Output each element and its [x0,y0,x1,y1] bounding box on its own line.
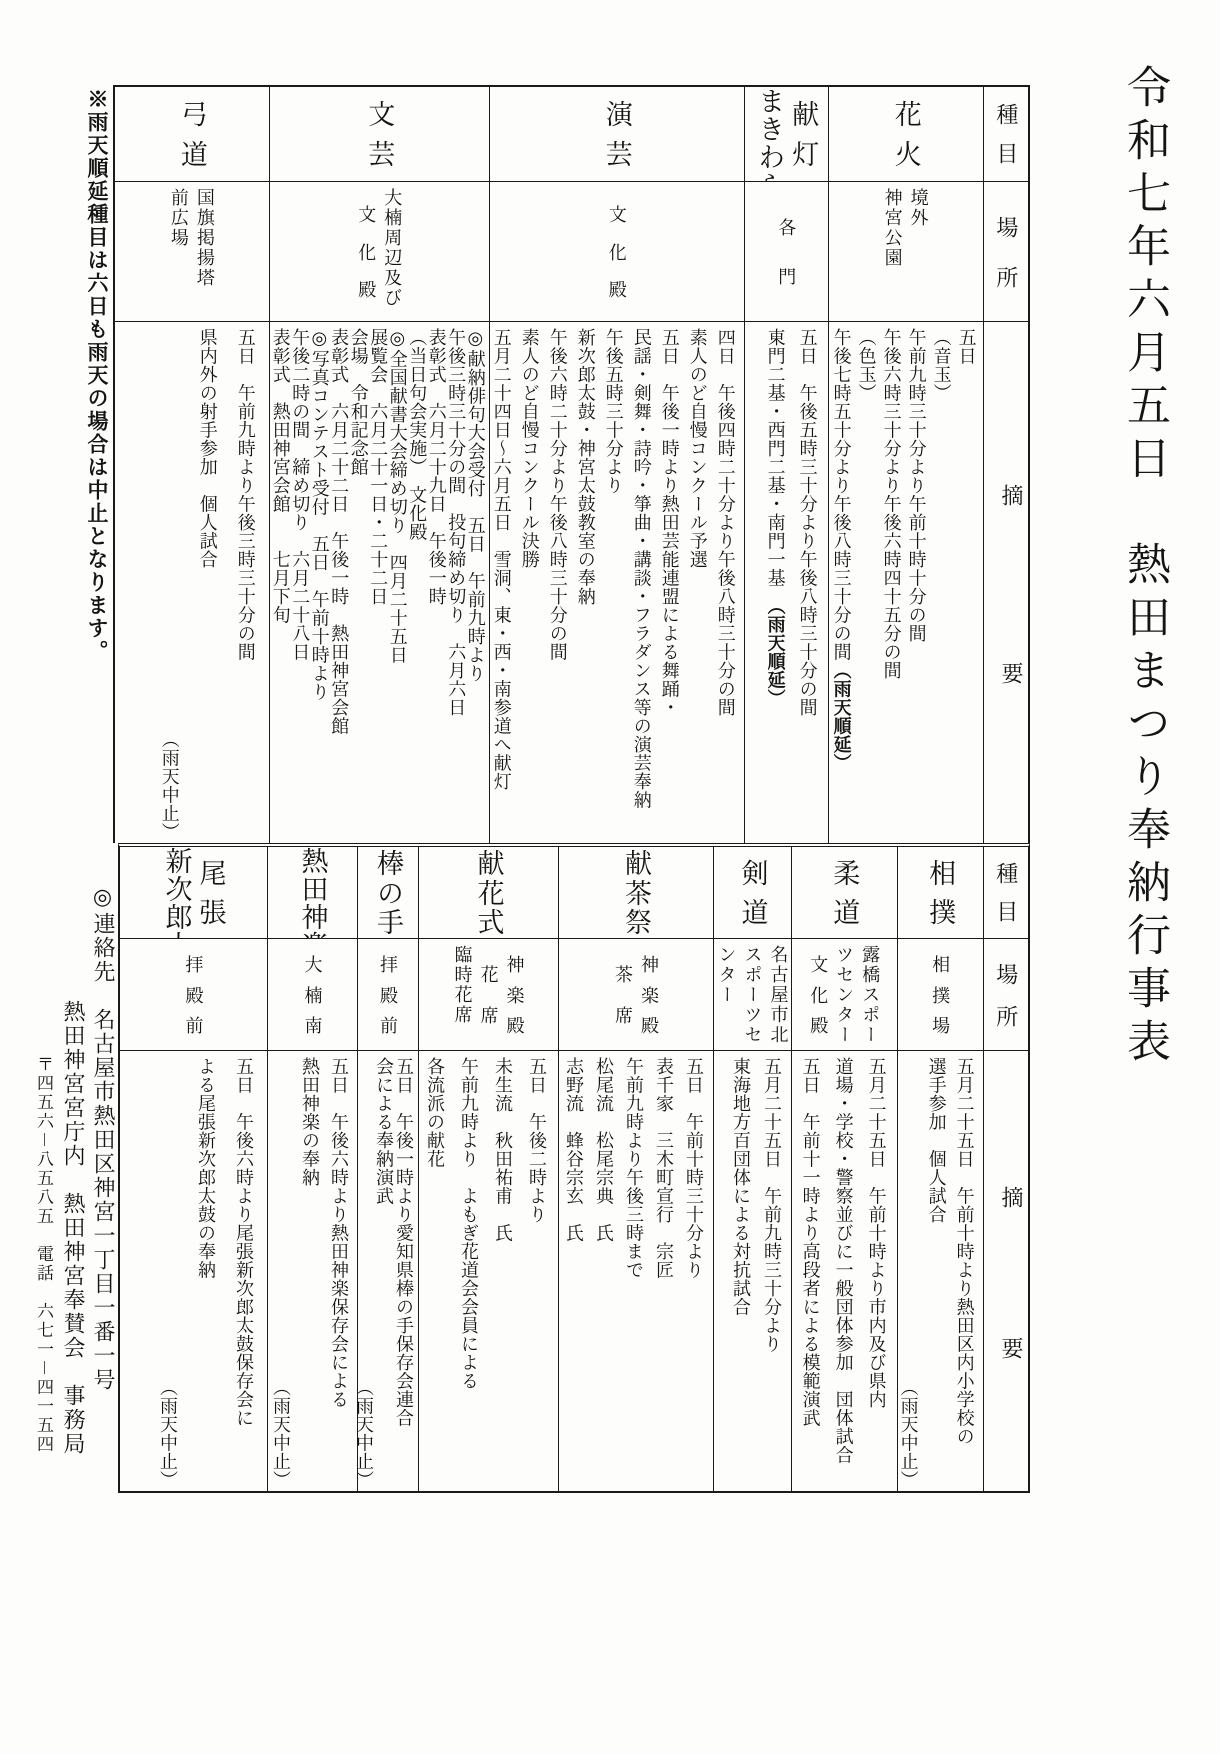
vertical-text: 相撲場 [927,945,953,1046]
text-line: 午後六時三十分より午後六時四十五分の間 [879,328,904,841]
event-column-bungei: 文芸大楠周辺及び文化殿◎献納俳句大会受付 五日 午前九時より午後三時三十分の間 … [269,87,489,843]
text-line: 午後五時三十分より [600,328,628,841]
text-line: ◎献納俳句大会受付 五日 午前九時より [465,328,485,841]
event-place-cell: 文化殿 [490,182,744,322]
text-line: 午前九時より午後三時まで [619,1057,649,1489]
event-title-cell: 柔道 [792,847,897,939]
vertical-text: 五日（音玉）午前九時三十分より午前十時十分の間午後六時三十分より午後六時四十五分… [829,328,979,841]
text-line: 文化殿 [805,945,831,1046]
text-line: 花火 [889,87,923,181]
text-line: 場所 [993,188,1019,317]
text-line: 国旗掲揚塔 [192,188,218,317]
text-line: 未生流 秋田祐甫 氏 [486,1057,520,1489]
text-line: 熱田神楽の奉納 [295,1057,324,1489]
header-column: 種目場所摘要 [983,847,1028,1491]
event-place-cell: 拝殿前 [358,939,418,1051]
text-line: 相撲場 [927,945,953,1046]
vertical-text: 尾張新次郎太鼓 [159,847,227,938]
text-line: （雨天中止） [268,1057,295,1489]
text-line: 拝殿前 [180,945,206,1046]
text-line: 茶席 [610,945,636,1046]
text-line: 文化殿 [353,188,379,317]
text-line: 五日 午後一時より熱田芸能連盟による舞踊・ [656,328,684,841]
text-line: 五日 午後二時より [520,1057,554,1489]
text-line: 文化殿 [604,188,630,317]
text-line: ◎写真コンテスト受付 五日 午前十時より [309,328,329,841]
vertical-text: 熱田神楽 [296,847,330,938]
event-place-cell: 神楽殿花席臨時花席 [419,939,558,1051]
text-line: 神宮公園 [880,188,906,317]
event-body-cell: 五月二十五日 午前九時三十分より東海地方百団体による対抗試合 [714,1051,791,1491]
event-body-cell: ◎献納俳句大会受付 五日 午前九時より午後三時三十分の間 投句締め切り 六月六日… [270,322,489,843]
text-line: 新次郎太鼓・神宮太鼓教室の奉納 [572,328,600,841]
event-column-bonote: 棒の手拝殿前五日 午後一時より愛知県棒の手保存会連合会による奉納演武（雨天中止） [357,847,418,1491]
event-title-cell: 献花式 [419,847,558,939]
text-line: 摘要 [998,328,1024,841]
text-line: 新次郎太鼓 [159,847,193,938]
event-column-atsuta-kagura: 熱田神楽大楠南五日 午後六時より熱田神楽保存会による熱田神楽の奉納（雨天中止） [267,847,357,1491]
vertical-text: 五日 午後五時三十分より午後八時三十分の間東門二基・西門二基・南門一基 （雨天順… [760,328,824,841]
event-title-cell: 剣道 [714,847,791,939]
text-line: ◎全国献書大会締め切り 四月二十五日 [387,328,407,841]
text-line: 四日 午後四時二十分より午後八時三十分の間 [712,328,740,841]
event-body-cell: 摘要 [984,322,1028,843]
event-body-cell: 五日 午前九時より午後三時三十分の間県内外の射手参加 個人試合（雨天中止） [115,322,269,843]
event-column-sumo: 相撲相撲場五月二十五日 午前十時より熱田区内小学校の選手参加 個人試合（雨天中止… [897,847,983,1491]
event-place-cell: 場所 [984,182,1028,322]
event-body-cell: 五月二十五日 午前十時より熱田区内小学校の選手参加 個人試合（雨天中止） [898,1051,983,1491]
text-line: 五月二十五日 午前十時より熱田区内小学校の [951,1057,979,1489]
text-line: 神楽殿 [636,945,662,1046]
text-line: （雨天中止） [898,1057,923,1489]
event-title-cell: 種目 [984,87,1028,182]
text-line: （音玉） [929,328,954,841]
text-line: 五月二十五日 午前十時より市内及び県内 [860,1057,893,1489]
text-line: 五日 午後一時より愛知県棒の手保存会連合 [394,1057,414,1489]
text-line: 選手参加 個人試合 [923,1057,951,1489]
vertical-text: 五日 午後一時より愛知県棒の手保存会連合会による奉納演武（雨天中止） [358,1057,414,1489]
event-body-cell: 五日 午後六時より尾張新次郎太鼓保存会による尾張新次郎太鼓の奉納（雨天中止） [120,1051,267,1491]
text-line: 剣道 [736,847,770,938]
event-title-cell: 弓道 [115,87,269,182]
vertical-text: 大楠南 [300,945,326,1046]
vertical-text: 四日 午後四時二十分より午後八時三十分の間素人のど自慢コンクール予選五日 午後一… [490,328,740,841]
text-line: （当日句会実施） 文化殿 [407,328,427,841]
text-line: 弓道 [175,87,209,181]
event-place-cell: 境外神宮公園 [829,182,983,322]
event-column-hanabi: 花火境外神宮公園五日（音玉）午前九時三十分より午前十時十分の間午後六時三十分より… [828,87,983,843]
vertical-text: 露橋スポーツセンター文化殿 [805,945,883,1046]
text-line: 表彰式 熱田神宮会館 七月下旬 [270,328,290,841]
event-column-kenkashiki: 献花式神楽殿花席臨時花席五日 午後二時より未生流 秋田祐甫 氏午前九時より よも… [418,847,558,1491]
document-page: 令和七年六月五日 熱田まつり奉納行事表 ※雨天順延種目は六日も雨天の場合は中止と… [0,0,1220,1754]
text-line: 摘要 [998,1057,1024,1489]
vertical-text: 拝殿前 [180,945,206,1046]
event-body-cell: 五日 午後二時より未生流 秋田祐甫 氏午前九時より よもぎ花道会会員による各流派… [419,1051,558,1491]
vertical-text: 名古屋市北スポーツセンター [714,945,791,1046]
vertical-text: 文芸 [362,87,396,181]
vertical-text: 献灯まきわら [752,87,820,181]
event-place-cell: 大楠周辺及び文化殿 [270,182,489,322]
vertical-text: 大楠周辺及び文化殿 [353,188,405,317]
text-line: 献花式 [472,847,506,938]
event-body-cell: 五日 午後六時より熱田神楽保存会による熱田神楽の奉納（雨天中止） [268,1051,357,1491]
event-column-kyudo: 弓道国旗掲揚塔前広場五日 午前九時より午後三時三十分の間県内外の射手参加 個人試… [115,87,269,843]
text-line: 花席 [476,945,502,1046]
vertical-text: 種目 [989,87,1023,181]
text-line: よる尾張新次郎太鼓の奉納 [187,1057,225,1489]
text-line: 民謡・剣舞・詩吟・箏曲・講談・フラダンス等の演芸奉納 [628,328,656,841]
text-line: 午後六時二十分より午後八時三十分の間 [544,328,572,841]
event-place-cell: 神楽殿茶席 [559,939,713,1051]
text-line: ◎連絡先 名古屋市熱田区神宮一丁目一番一号 [88,885,118,1625]
text-line: 五日 午前九時より午後三時三十分の間 [227,328,265,841]
text-line: 名古屋市北 [766,945,792,1046]
text-line: 午前九時より よもぎ花道会会員による [452,1057,486,1489]
vertical-text: 棒の手 [371,847,405,938]
bottom-event-table: 種目場所摘要相撲相撲場五月二十五日 午前十時より熱田区内小学校の選手参加 個人試… [118,843,1030,1493]
text-line: 展覧会 六月二十一日・二十二日 [368,328,388,841]
vertical-text: 摘要 [998,328,1024,841]
vertical-text: 種目 [989,847,1023,938]
text-line: 熱田神宮宮庁内 熱田神宮奉賛会 事務局 [58,885,88,1625]
event-title-cell: 文芸 [270,87,489,182]
event-title-cell: 相撲 [898,847,983,939]
text-line: 神楽殿 [502,945,528,1046]
event-body-cell: 摘要 [984,1051,1028,1491]
text-line: 五月二十四日～六月五日 雪洞、東・西・南参道へ献灯 [490,328,516,841]
vertical-text: 五月二十五日 午前十時より熱田区内小学校の選手参加 個人試合（雨天中止） [898,1057,979,1489]
vertical-text: 五日 午前九時より午後三時三十分の間県内外の射手参加 個人試合（雨天中止） [151,328,265,841]
text-line: 五日 午後六時より熱田神楽保存会による [324,1057,353,1489]
event-column-engei: 演芸文化殿四日 午後四時二十分より午後八時三十分の間素人のど自慢コンクール予選五… [489,87,744,843]
text-line: 尾張 [193,847,227,938]
text-line: 〒四五六－八五八五 電話 六七一－四一五四 [28,885,58,1625]
vertical-text: 花火 [889,87,923,181]
text-line: 露橋スポーツセンター [831,945,883,1046]
vertical-text: 摘要 [998,1057,1024,1489]
event-place-cell: 拝殿前 [120,939,267,1051]
vertical-text: 場所 [993,188,1019,317]
text-line: 大楠周辺及び [379,188,405,317]
event-body-cell: 五月二十五日 午前十時より市内及び県内道場・学校・警察並びに一般団体参加 団体試… [792,1051,897,1491]
text-line: 演芸 [600,87,634,181]
text-line: 場所 [993,945,1019,1046]
event-title-cell: 種目 [984,847,1028,939]
text-line: 道場・学校・警察並びに一般団体参加 団体試合 [827,1057,860,1489]
event-title-cell: 棒の手 [358,847,418,939]
text-line: 午後三時三十分の間 投句締め切り 六月六日 [446,328,466,841]
text-line: まきわら [752,87,786,181]
text-line: 熱田神楽 [296,847,330,938]
event-place-cell: 名古屋市北スポーツセンター [714,939,791,1051]
event-place-cell: 露橋スポーツセンター文化殿 [792,939,897,1051]
document-title: 令和七年六月五日 熱田まつり奉納行事表 [1098,64,1176,1104]
vertical-text: 各門 [773,188,799,317]
vertical-text: 拝殿前 [375,945,401,1046]
text-line: 表彰式 六月二十九日 午後一時 [426,328,446,841]
event-body-cell: 五日 午後一時より愛知県棒の手保存会連合会による奉納演武（雨天中止） [358,1051,418,1491]
event-title-cell: 献茶祭 [559,847,713,939]
vertical-text: 柔道 [827,847,861,938]
text-line: 臨時花席 [450,945,476,1046]
rain-postponement-note: ※雨天順延種目は六日も雨天の場合は中止となります。 [82,88,112,688]
text-line: 素人のど自慢コンクール予選 [684,328,712,841]
event-body-cell: 五日（音玉）午前九時三十分より午前十時十分の間午後六時三十分より午後六時四十五分… [829,322,983,843]
text-line: 相撲 [923,847,957,938]
event-title-cell: 演芸 [490,87,744,182]
event-body-cell: 四日 午後四時二十分より午後八時三十分の間素人のど自慢コンクール予選五日 午後一… [490,322,744,843]
vertical-text: 剣道 [736,847,770,938]
text-line: 五日 [954,328,979,841]
text-line: 素人のど自慢コンクール決勝 [516,328,544,841]
text-line: 拝殿前 [375,945,401,1046]
text-line: 志野流 蜂谷宗玄 氏 [559,1057,589,1489]
contact-block: ◎連絡先 名古屋市熱田区神宮一丁目一番一号熱田神宮宮庁内 熱田神宮奉賛会 事務局… [28,885,120,1625]
vertical-text: 五月二十五日 午前九時三十分より東海地方百団体による対抗試合 [725,1057,787,1489]
text-line: 五日 午前十時三十分より [679,1057,709,1489]
vertical-text: 五日 午後二時より未生流 秋田祐甫 氏午前九時より よもぎ花道会会員による各流派… [419,1057,554,1489]
event-title-cell: 花火 [829,87,983,182]
vertical-text: 五日 午後六時より熱田神楽保存会による熱田神楽の奉納（雨天中止） [268,1057,353,1489]
vertical-text: 五月二十五日 午前十時より市内及び県内道場・学校・警察並びに一般団体参加 団体試… [794,1057,893,1489]
text-line: 献灯 [786,87,820,181]
event-title-cell: 献灯まきわら [745,87,828,182]
vertical-text: 神楽殿花席臨時花席 [450,945,528,1046]
header-column: 種目場所摘要 [983,87,1028,843]
text-line: （色玉） [854,328,879,841]
text-line: 五月二十五日 午前九時三十分より [756,1057,787,1489]
text-line: 種目 [989,847,1023,938]
text-line: 午後二時の間 締め切り 六月二十八日 [290,328,310,841]
text-line: 東門二基・西門二基・南門一基 （雨天順延） [760,328,792,841]
text-line: 県内外の射手参加 個人試合 [189,328,227,841]
text-line: 東海地方百団体による対抗試合 [725,1057,756,1489]
event-place-cell: 場所 [984,939,1028,1051]
vertical-text: 五日 午前十時三十分より表千家 三木町宣行 宗匠午前九時より午後三時まで松尾流 … [559,1057,709,1489]
event-title-cell: 熱田神楽 [268,847,357,939]
text-line: 種目 [989,87,1023,181]
vertical-text: 文化殿 [604,188,630,317]
vertical-text: ◎献納俳句大会受付 五日 午前九時より午後三時三十分の間 投句締め切り 六月六日… [270,328,485,841]
event-place-cell: 国旗掲揚塔前広場 [115,182,269,322]
text-line: （雨天中止） [149,1057,187,1489]
vertical-text: 場所 [993,945,1019,1046]
event-column-judo: 柔道露橋スポーツセンター文化殿五月二十五日 午前十時より市内及び県内道場・学校・… [791,847,897,1491]
top-event-table: 種目場所摘要花火境外神宮公園五日（音玉）午前九時三十分より午前十時十分の間午後六… [113,85,1030,843]
text-line: 境外 [906,188,932,317]
text-line: 各流派の献花 [419,1057,452,1489]
text-line: 会による奉納演武 [374,1057,394,1489]
event-title-cell: 尾張新次郎太鼓 [120,847,267,939]
text-line: 松尾流 松尾宗典 氏 [589,1057,619,1489]
text-line: 五日 午後六時より尾張新次郎太鼓保存会に [225,1057,263,1489]
vertical-text: 献茶祭 [619,847,653,938]
vertical-text: 境外神宮公園 [880,188,932,317]
text-line: 棒の手 [371,847,405,938]
text-line: スポーツセンター [714,945,766,1046]
text-line: 表千家 三木町宣行 宗匠 [649,1057,679,1489]
event-column-owari-shinjiro-taiko: 尾張新次郎太鼓拝殿前五日 午後六時より尾張新次郎太鼓保存会による尾張新次郎太鼓の… [120,847,267,1491]
event-place-cell: 大楠南 [268,939,357,1051]
text-line: 各門 [773,188,799,317]
vertical-text: 神楽殿茶席 [610,945,662,1046]
vertical-text: 国旗掲揚塔前広場 [166,188,218,317]
text-line: 五日 午後五時三十分より午後八時三十分の間 [792,328,824,841]
text-line: 表彰式 六月二十二日 午後一時 熱田神宮会館 [329,328,349,841]
contact-text: ◎連絡先 名古屋市熱田区神宮一丁目一番一号熱田神宮宮庁内 熱田神宮奉賛会 事務局… [28,885,118,1625]
text-line: 大楠南 [300,945,326,1046]
text-line: 文芸 [362,87,396,181]
event-column-kento-makiwara: 献灯まきわら各門五日 午後五時三十分より午後八時三十分の間東門二基・西門二基・南… [744,87,828,843]
text-line: 午前九時三十分より午前十時十分の間 [904,328,929,841]
vertical-text: 五日 午後六時より尾張新次郎太鼓保存会による尾張新次郎太鼓の奉納（雨天中止） [149,1057,263,1489]
text-line: 献茶祭 [619,847,653,938]
event-place-cell: 相撲場 [898,939,983,1051]
text-line: 前広場 [166,188,192,317]
text-line: 五日 午前十一時より高段者による模範演武 [794,1057,827,1489]
text-line: 柔道 [827,847,861,938]
event-body-cell: 五日 午後五時三十分より午後八時三十分の間東門二基・西門二基・南門一基 （雨天順… [745,322,828,843]
vertical-text: 献花式 [472,847,506,938]
event-column-kenchasai: 献茶祭神楽殿茶席五日 午前十時三十分より表千家 三木町宣行 宗匠午前九時より午後… [558,847,713,1491]
vertical-text: 演芸 [600,87,634,181]
event-place-cell: 各門 [745,182,828,322]
text-line: 会場 令和記念館 [348,328,368,841]
text-line: （雨天中止） [358,1057,374,1489]
vertical-text: 弓道 [175,87,209,181]
vertical-text: 相撲 [923,847,957,938]
event-body-cell: 五日 午前十時三十分より表千家 三木町宣行 宗匠午前九時より午後三時まで松尾流 … [559,1051,713,1491]
text-line: （雨天中止） [151,328,189,841]
text-line: 午後七時五十分より午後八時三十分の間（雨天順延） [829,328,854,841]
event-column-kendo: 剣道名古屋市北スポーツセンター五月二十五日 午前九時三十分より東海地方百団体によ… [713,847,791,1491]
